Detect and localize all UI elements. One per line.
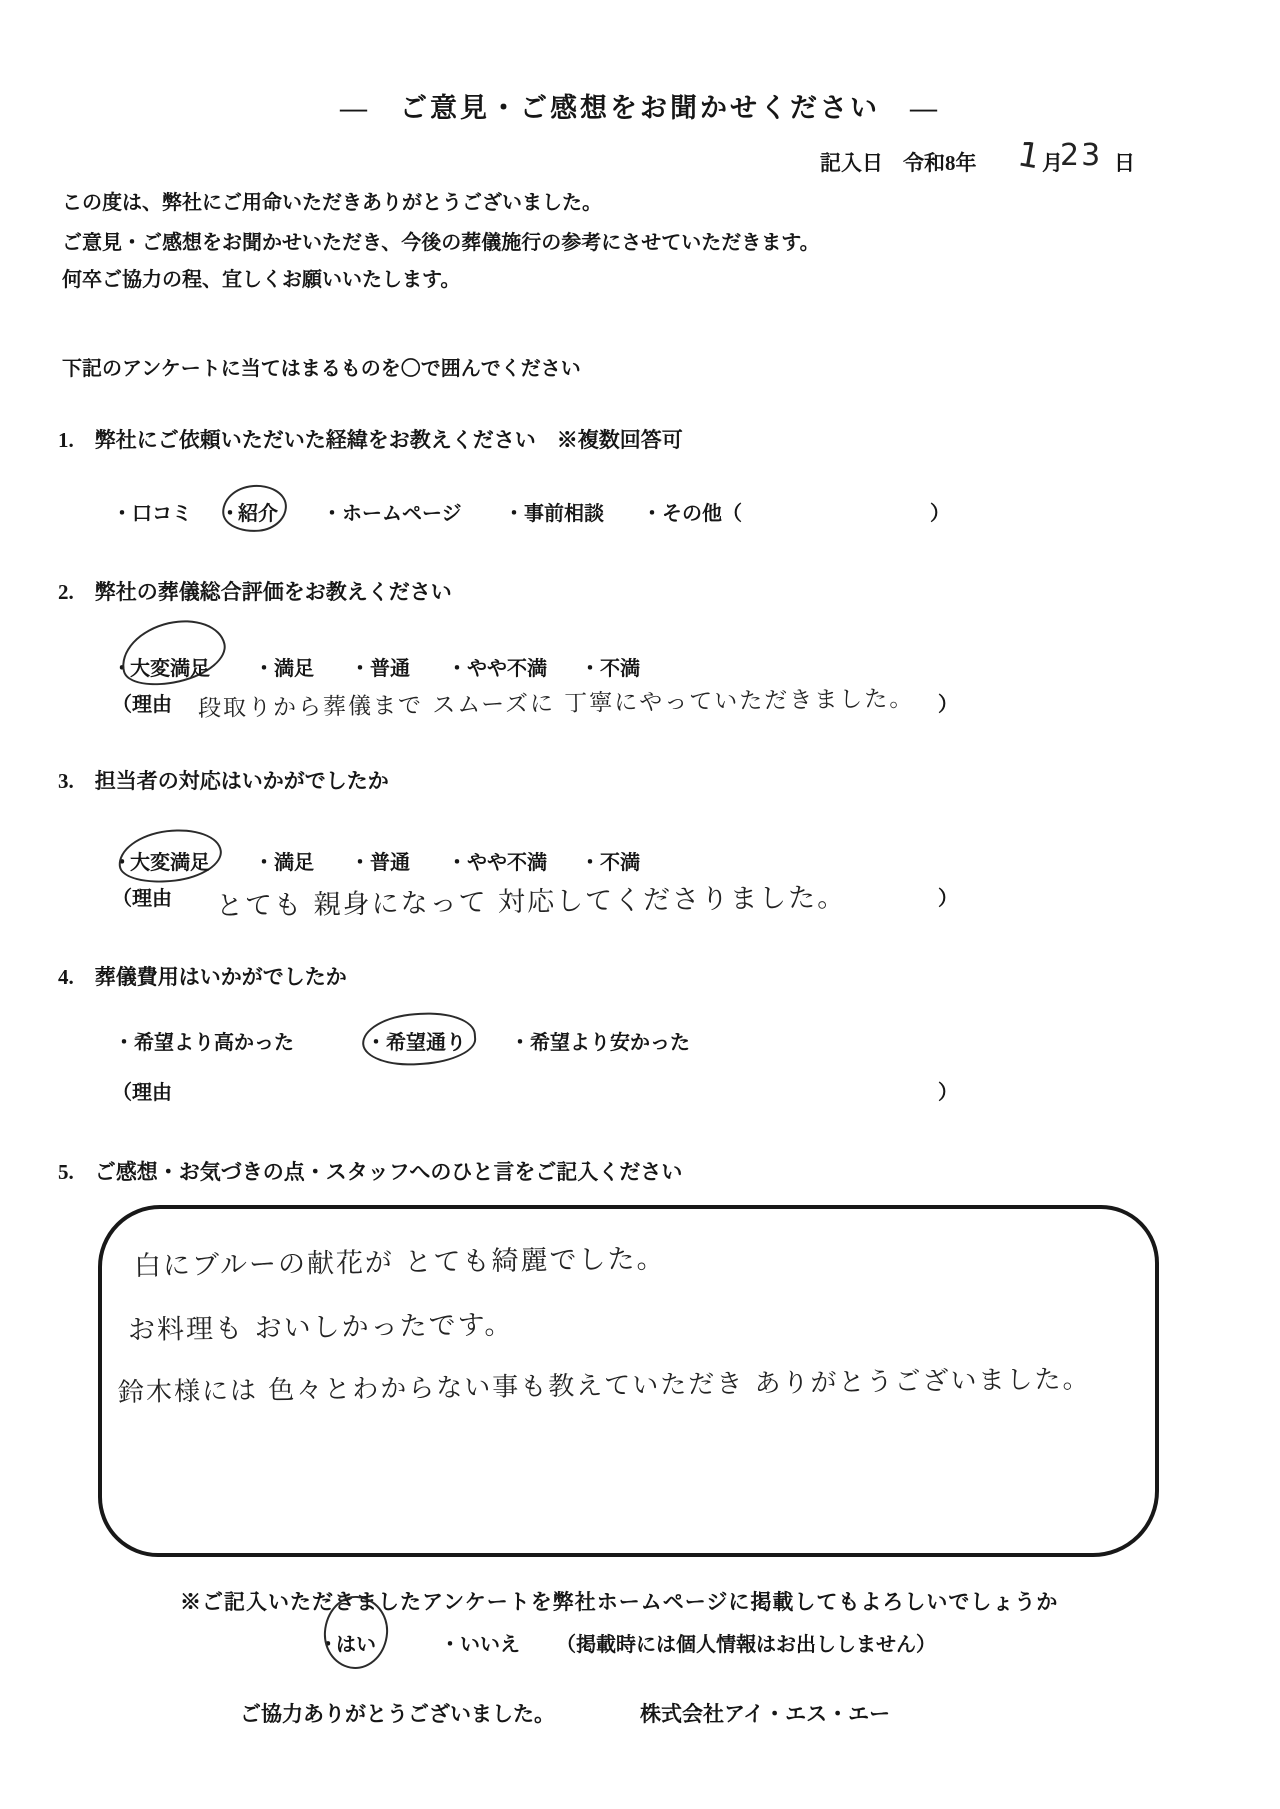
comment-line-3: 鈴木様には 色々とわからない事も教えていただき ありがとうございました。 <box>118 1372 1091 1409</box>
q4-option-lower: ・希望より安かった <box>510 1026 690 1055</box>
q3-option-very-satisfied-circled: 大変満足 <box>130 846 210 875</box>
option-no: ・いいえ <box>440 1628 520 1657</box>
date-era-year: 令和8年 <box>903 147 977 177</box>
q2-close-paren: ） <box>938 688 958 717</box>
handwritten-circle-icon <box>114 611 231 694</box>
q2-option-very-satisfied: 大変満足 <box>130 658 210 680</box>
intro-line-1: この度は、弊社にご用命いただきありがとうございました。 <box>62 186 602 215</box>
q3-option-satisfied: ・満足 <box>254 846 314 875</box>
q3-reason-text: とても 親身になって 対応してくださりました。 <box>216 875 847 923</box>
survey-form-page: ― ご意見・ご感想をお聞かせください ― 記入日 令和8年 1 月 23 日 こ… <box>0 0 1280 1809</box>
handwritten-month-value: 1 <box>1015 134 1045 177</box>
q4-option-as-hoped: 希望通り <box>386 1032 466 1054</box>
option-yes: はい <box>336 1634 376 1656</box>
q4-option-higher: ・希望より高かった <box>114 1026 294 1055</box>
yes-bullet: ・ <box>318 1628 338 1657</box>
q1-option-homepage: ・ホームページ <box>322 497 462 526</box>
q4-as-hoped-bullet: ・ <box>366 1026 386 1055</box>
comment-text-2: お料理も おいしかったです。 <box>128 1303 514 1347</box>
comment-line-1: 白にブルーの献花が とても綺麗でした。 <box>134 1244 666 1283</box>
company-name: 株式会社アイ・エス・エー <box>640 1698 890 1728</box>
q3-option-dissatisfied: ・不満 <box>580 846 640 875</box>
q2-reason-handwriting: 段取りから葬儀まで スムーズに 丁寧にやっていただきました。 <box>198 690 914 723</box>
publish-question: ※ご記入いただきましたアンケートを弊社ホームページに掲載してもよろしいでしょうか <box>180 1586 1058 1616</box>
q2-reason-text: 段取りから葬儀まで スムーズに 丁寧にやっていただきました。 <box>198 680 915 723</box>
option-yes-circled: はい <box>336 1628 376 1657</box>
q2-option-normal: ・普通 <box>350 652 410 681</box>
q4-option-as-hoped-circled: 希望通り <box>386 1026 466 1055</box>
question-2-heading: 2. 弊社の葬儀総合評価をお教えください <box>58 576 452 606</box>
q3-reason-label: （理由 <box>112 882 172 911</box>
q2-option-dissatisfied: ・不満 <box>580 652 640 681</box>
q2-very-satisfied-bullet: ・ <box>112 652 132 681</box>
q3-option-very-satisfied: 大変満足 <box>130 852 210 874</box>
q2-option-very-satisfied-circled: 大変満足 <box>130 652 210 681</box>
q1-option-word-of-mouth: ・口コミ <box>112 497 192 526</box>
thanks-text: ご協力ありがとうございました。 <box>240 1698 555 1728</box>
q3-very-satisfied-bullet: ・ <box>112 846 132 875</box>
handwritten-day-value: 23 <box>1060 138 1102 173</box>
question-5-heading: 5. ご感想・お気づきの点・スタッフへのひと言をご記入ください <box>58 1156 682 1186</box>
q4-close-paren: ） <box>938 1076 958 1105</box>
privacy-note: （掲載時には個人情報はお出ししません） <box>556 1628 936 1657</box>
q1-option-other: ・その他（ <box>642 497 742 526</box>
q2-reason-label: （理由 <box>112 688 172 717</box>
comment-line-2: お料理も おいしかったです。 <box>128 1308 513 1347</box>
q3-option-slightly-dissatisfied: ・やや不満 <box>447 846 547 875</box>
comment-text-1: 白にブルーの献花が とても綺麗でした。 <box>134 1237 666 1283</box>
q3-close-paren: ） <box>938 882 958 911</box>
question-1-heading: 1. 弊社にご依頼いただいた経緯をお教えください ※複数回答可 <box>58 424 683 454</box>
q4-reason-label: （理由 <box>112 1076 172 1105</box>
q1-option-consultation: ・事前相談 <box>504 497 604 526</box>
q1-option-referral: 紹介 <box>238 503 278 525</box>
intro-line-3: 何卒ご協力の程、宜しくお願いいたします。 <box>62 263 460 292</box>
intro-line-2: ご意見・ご感想をお聞かせいただき、今後の葬儀施行の参考にさせていただきます。 <box>62 226 820 255</box>
q1-option-referral-circled: 紹介 <box>238 497 278 526</box>
q2-option-satisfied: ・満足 <box>254 652 314 681</box>
circle-instruction: 下記のアンケートに当てはまるものを〇で囲んでください <box>62 352 581 381</box>
q1-option-referral-bullet: ・ <box>220 497 240 526</box>
page-title: ― ご意見・ご感想をお聞かせください ― <box>0 86 1280 125</box>
question-4-heading: 4. 葬儀費用はいかがでしたか <box>58 961 347 991</box>
question-3-heading: 3. 担当者の対応はいかがでしたか <box>58 765 389 795</box>
q3-option-normal: ・普通 <box>350 846 410 875</box>
date-label: 記入日 <box>820 147 883 177</box>
q2-option-slightly-dissatisfied: ・やや不満 <box>447 652 547 681</box>
date-day-label: 日 <box>1114 147 1135 177</box>
q3-reason-handwriting: とても 親身になって 対応してくださりました。 <box>216 884 846 923</box>
q1-close-paren: ） <box>930 497 950 526</box>
